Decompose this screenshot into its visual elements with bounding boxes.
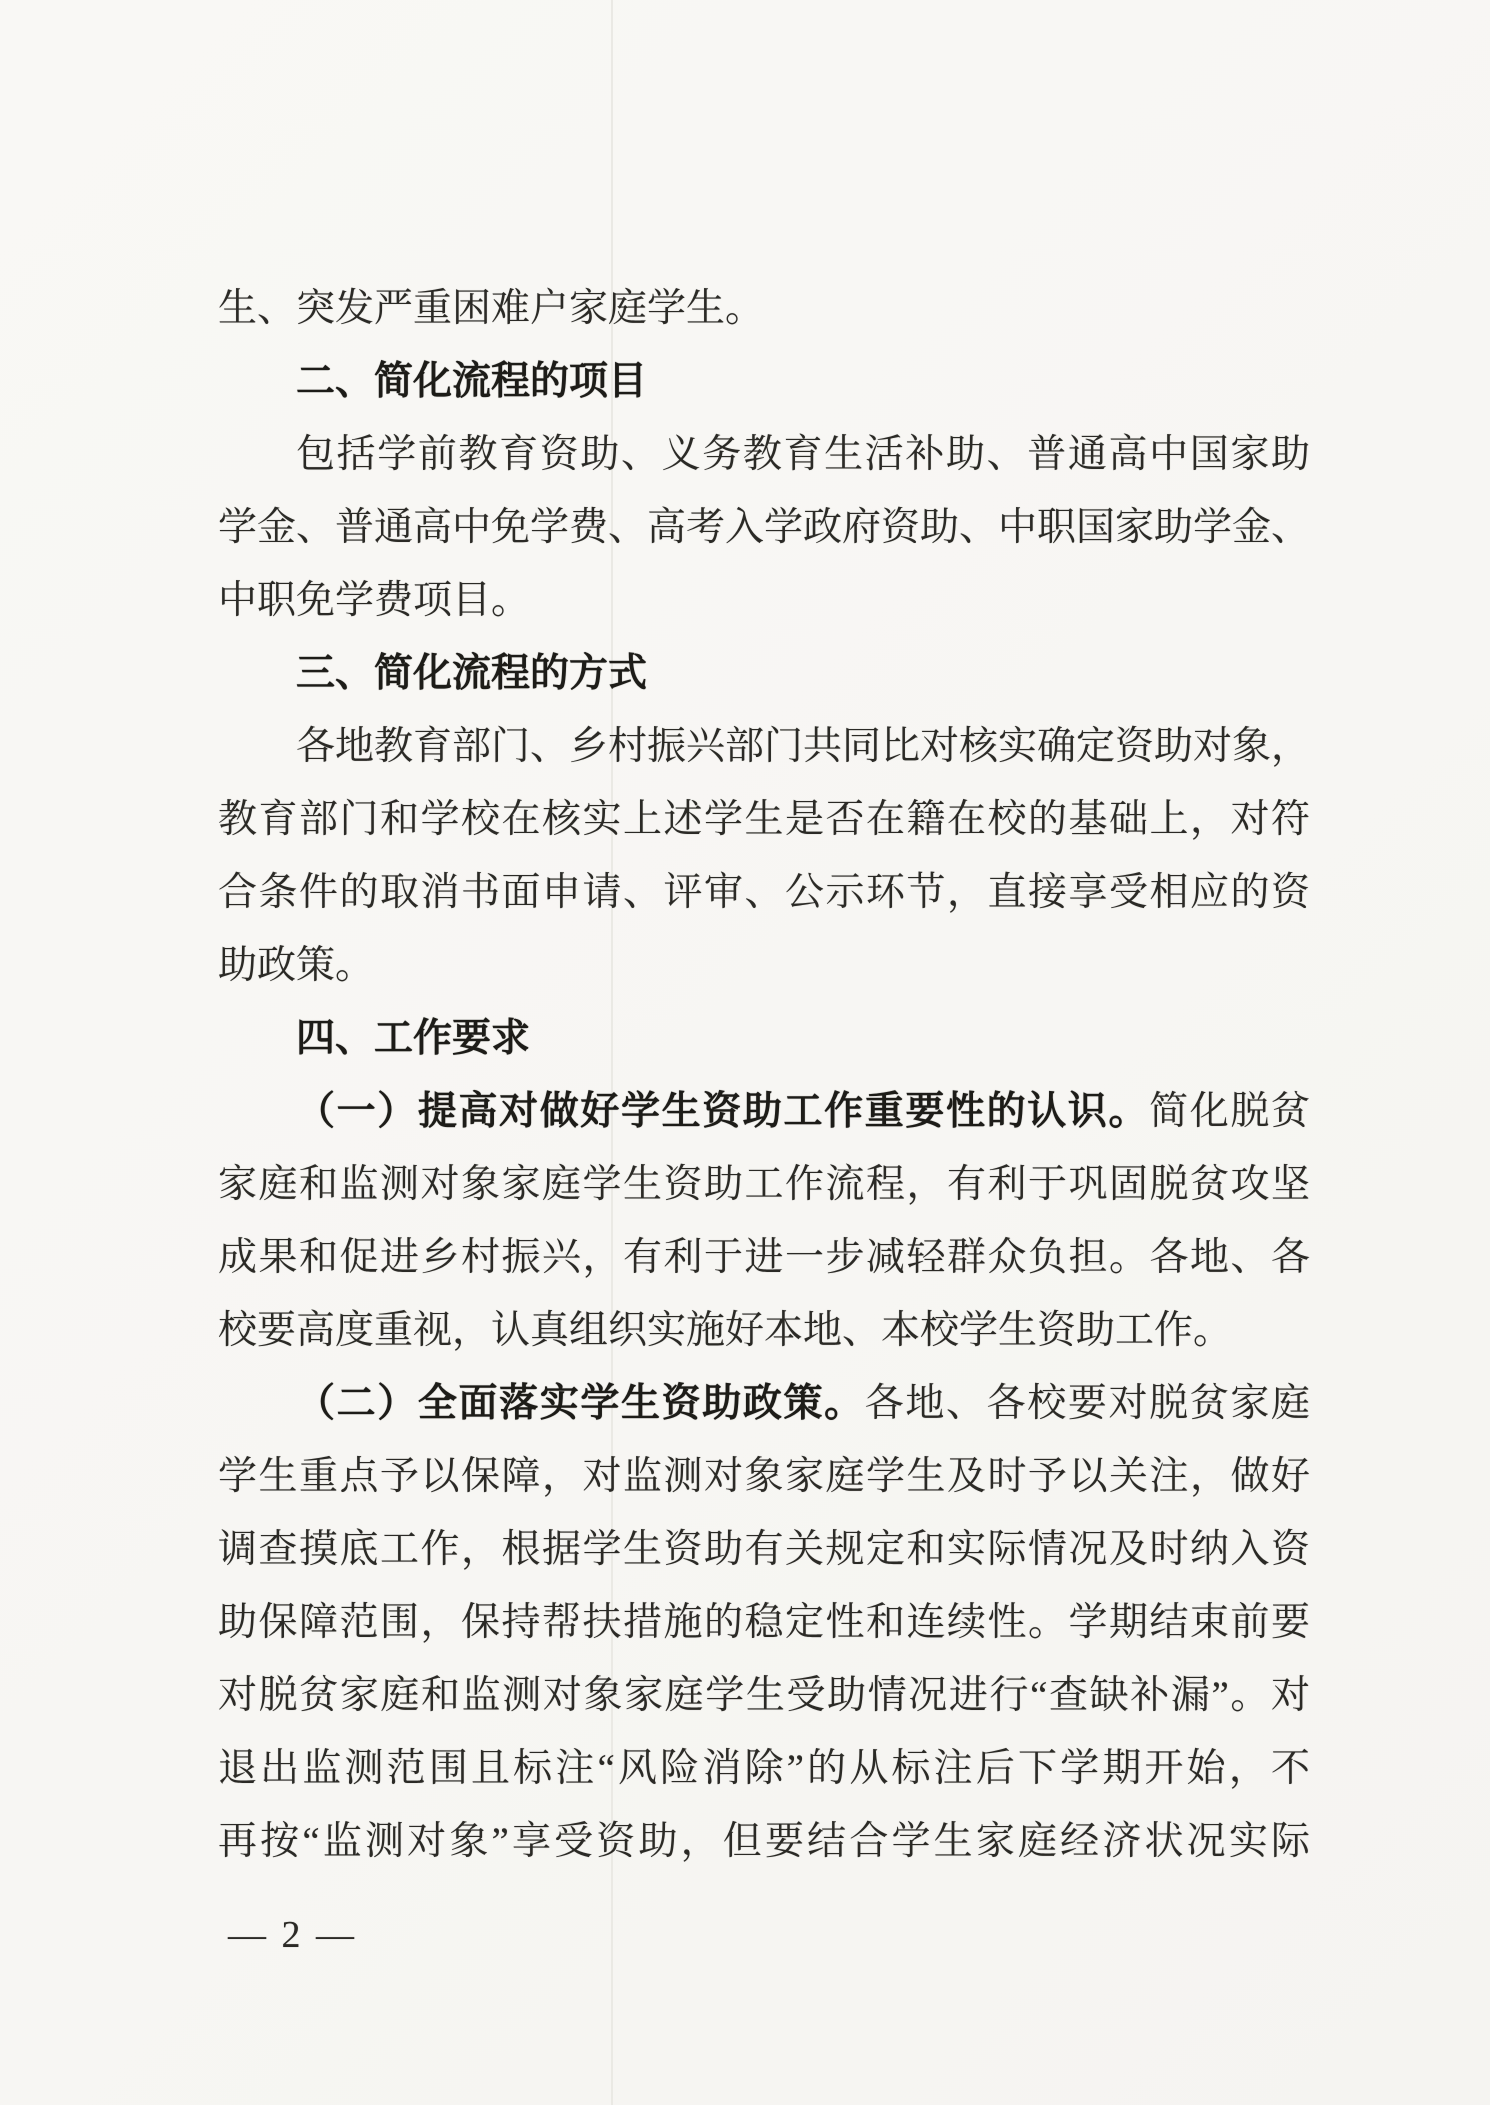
- text-segment: 各地、各校要对脱贫家庭: [865, 1382, 1310, 1425]
- text-segment: 简化脱贫: [1149, 1090, 1310, 1133]
- bold-text-segment: （一）提高对做好学生资助工作重要性的认识。: [296, 1090, 1149, 1133]
- text-segment: 再按“监测对象”享受资助，但要结合学生家庭经济状况实际: [218, 1820, 1310, 1863]
- text-line: 教育部门和学校在核实上述学生是否在籍在校的基础上，对符: [218, 783, 1310, 856]
- text-segment: 成果和促进乡村振兴，有利于进一步减轻群众负担。各地、各: [218, 1236, 1310, 1279]
- bold-text-segment: （二）全面落实学生资助政策。: [296, 1382, 865, 1425]
- text-segment: 学金、普通高中免学费、高考入学政府资助、中职国家助学金、: [218, 506, 1310, 549]
- heading-line: 四、工作要求: [218, 1002, 1310, 1075]
- text-segment: 生、突发严重困难户家庭学生。: [218, 287, 764, 330]
- text-segment: 合条件的取消书面申请、评审、公示环节，直接享受相应的资: [218, 871, 1310, 914]
- heading-line: 二、简化流程的项目: [218, 345, 1310, 418]
- scanned-document-page: 生、突发严重困难户家庭学生。二、简化流程的项目包括学前教育资助、义务教育生活补助…: [0, 0, 1490, 2105]
- text-line: 成果和促进乡村振兴，有利于进一步减轻群众负担。各地、各: [218, 1221, 1310, 1294]
- text-segment: 对脱贫家庭和监测对象家庭学生受助情况进行“查缺补漏”。对: [218, 1674, 1310, 1717]
- text-line: 校要高度重视，认真组织实施好本地、本校学生资助工作。: [218, 1294, 1310, 1367]
- text-segment: 学生重点予以保障，对监测对象家庭学生及时予以关注，做好: [218, 1455, 1310, 1498]
- text-segment: 包括学前教育资助、义务教育生活补助、普通高中国家助: [296, 433, 1310, 476]
- text-line: 包括学前教育资助、义务教育生活补助、普通高中国家助: [218, 418, 1310, 491]
- bold-text-segment: 三、简化流程的方式: [296, 652, 647, 695]
- text-segment: 校要高度重视，认真组织实施好本地、本校学生资助工作。: [218, 1309, 1232, 1352]
- text-line: 学生重点予以保障，对监测对象家庭学生及时予以关注，做好: [218, 1440, 1310, 1513]
- text-line: （一）提高对做好学生资助工作重要性的认识。简化脱贫: [218, 1075, 1310, 1148]
- text-line: 再按“监测对象”享受资助，但要结合学生家庭经济状况实际: [218, 1805, 1310, 1878]
- text-line: 合条件的取消书面申请、评审、公示环节，直接享受相应的资: [218, 856, 1310, 929]
- text-segment: 家庭和监测对象家庭学生资助工作流程，有利于巩固脱贫攻坚: [218, 1163, 1310, 1206]
- text-line: （二）全面落实学生资助政策。各地、各校要对脱贫家庭: [218, 1367, 1310, 1440]
- text-segment: 中职免学费项目。: [218, 579, 530, 622]
- text-line: 对脱贫家庭和监测对象家庭学生受助情况进行“查缺补漏”。对: [218, 1659, 1310, 1732]
- text-line: 退出监测范围且标注“风险消除”的从标注后下学期开始，不: [218, 1732, 1310, 1805]
- text-line: 调查摸底工作，根据学生资助有关规定和实际情况及时纳入资: [218, 1513, 1310, 1586]
- text-segment: 教育部门和学校在核实上述学生是否在籍在校的基础上，对符: [218, 798, 1310, 841]
- text-segment: 退出监测范围且标注“风险消除”的从标注后下学期开始，不: [218, 1747, 1310, 1790]
- page-number: — 2 —: [228, 1912, 357, 1958]
- text-segment: 助保障范围，保持帮扶措施的稳定性和连续性。学期结束前要: [218, 1601, 1310, 1644]
- text-line: 助政策。: [218, 929, 1310, 1002]
- text-line: 助保障范围，保持帮扶措施的稳定性和连续性。学期结束前要: [218, 1586, 1310, 1659]
- bold-text-segment: 二、简化流程的项目: [296, 360, 647, 403]
- text-line: 生、突发严重困难户家庭学生。: [218, 272, 1310, 345]
- text-segment: 调查摸底工作，根据学生资助有关规定和实际情况及时纳入资: [218, 1528, 1310, 1571]
- text-segment: 助政策。: [218, 944, 374, 987]
- text-line: 各地教育部门、乡村振兴部门共同比对核实确定资助对象，: [218, 710, 1310, 783]
- text-line: 学金、普通高中免学费、高考入学政府资助、中职国家助学金、: [218, 491, 1310, 564]
- bold-text-segment: 四、工作要求: [296, 1017, 530, 1060]
- text-segment: 各地教育部门、乡村振兴部门共同比对核实确定资助对象，: [296, 725, 1310, 768]
- text-line: 中职免学费项目。: [218, 564, 1310, 637]
- heading-line: 三、简化流程的方式: [218, 637, 1310, 710]
- text-line: 家庭和监测对象家庭学生资助工作流程，有利于巩固脱贫攻坚: [218, 1148, 1310, 1221]
- document-text-block: 生、突发严重困难户家庭学生。二、简化流程的项目包括学前教育资助、义务教育生活补助…: [218, 272, 1310, 1878]
